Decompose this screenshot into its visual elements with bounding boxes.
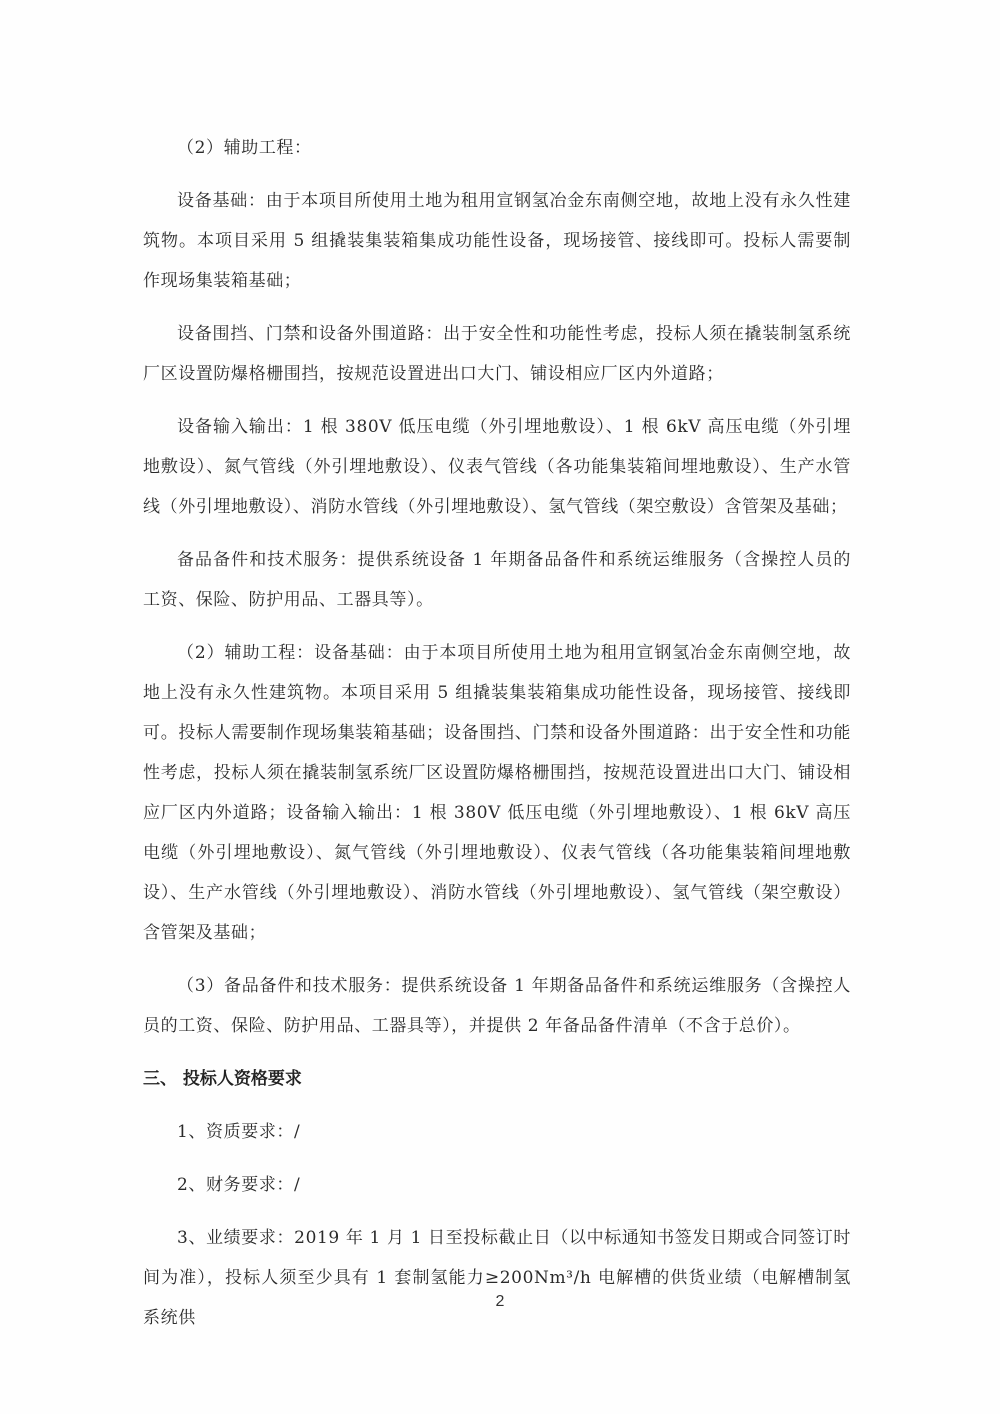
- requirement-performance: 3、业绩要求：2019 年 1 月 1 日至投标截止日（以中标通知书签发日期或合…: [143, 1218, 851, 1338]
- requirement-financial: 2、财务要求：/: [143, 1165, 851, 1205]
- requirement-qualification: 1、资质要求：/: [143, 1112, 851, 1152]
- paragraph-auxiliary-heading: （2）辅助工程：: [143, 128, 851, 168]
- paragraph-equipment-foundation: 设备基础：由于本项目所使用土地为租用宣钢氢冶金东南侧空地，故地上没有永久性建筑物…: [143, 181, 851, 301]
- paragraph-auxiliary-combined: （2）辅助工程：设备基础：由于本项目所使用土地为租用宣钢氢冶金东南侧空地，故地上…: [143, 633, 851, 953]
- page-number: 2: [0, 1293, 1000, 1311]
- paragraph-input-output: 设备输入输出：1 根 380V 低压电缆（外引埋地敷设）、1 根 6kV 高压电…: [143, 407, 851, 527]
- document-body: （2）辅助工程： 设备基础：由于本项目所使用土地为租用宣钢氢冶金东南侧空地，故地…: [143, 128, 851, 1338]
- paragraph-spare-parts: 备品备件和技术服务：提供系统设备 1 年期备品备件和系统运维服务（含操控人员的工…: [143, 540, 851, 620]
- section-heading-bidder-qualifications: 三、 投标人资格要求: [143, 1059, 851, 1099]
- paragraph-spare-parts-services: （3）备品备件和技术服务：提供系统设备 1 年期备品备件和系统运维服务（含操控人…: [143, 966, 851, 1046]
- paragraph-fencing-roads: 设备围挡、门禁和设备外围道路：出于安全性和功能性考虑，投标人须在撬装制氢系统厂区…: [143, 314, 851, 394]
- document-page: （2）辅助工程： 设备基础：由于本项目所使用土地为租用宣钢氢冶金东南侧空地，故地…: [0, 0, 1000, 1414]
